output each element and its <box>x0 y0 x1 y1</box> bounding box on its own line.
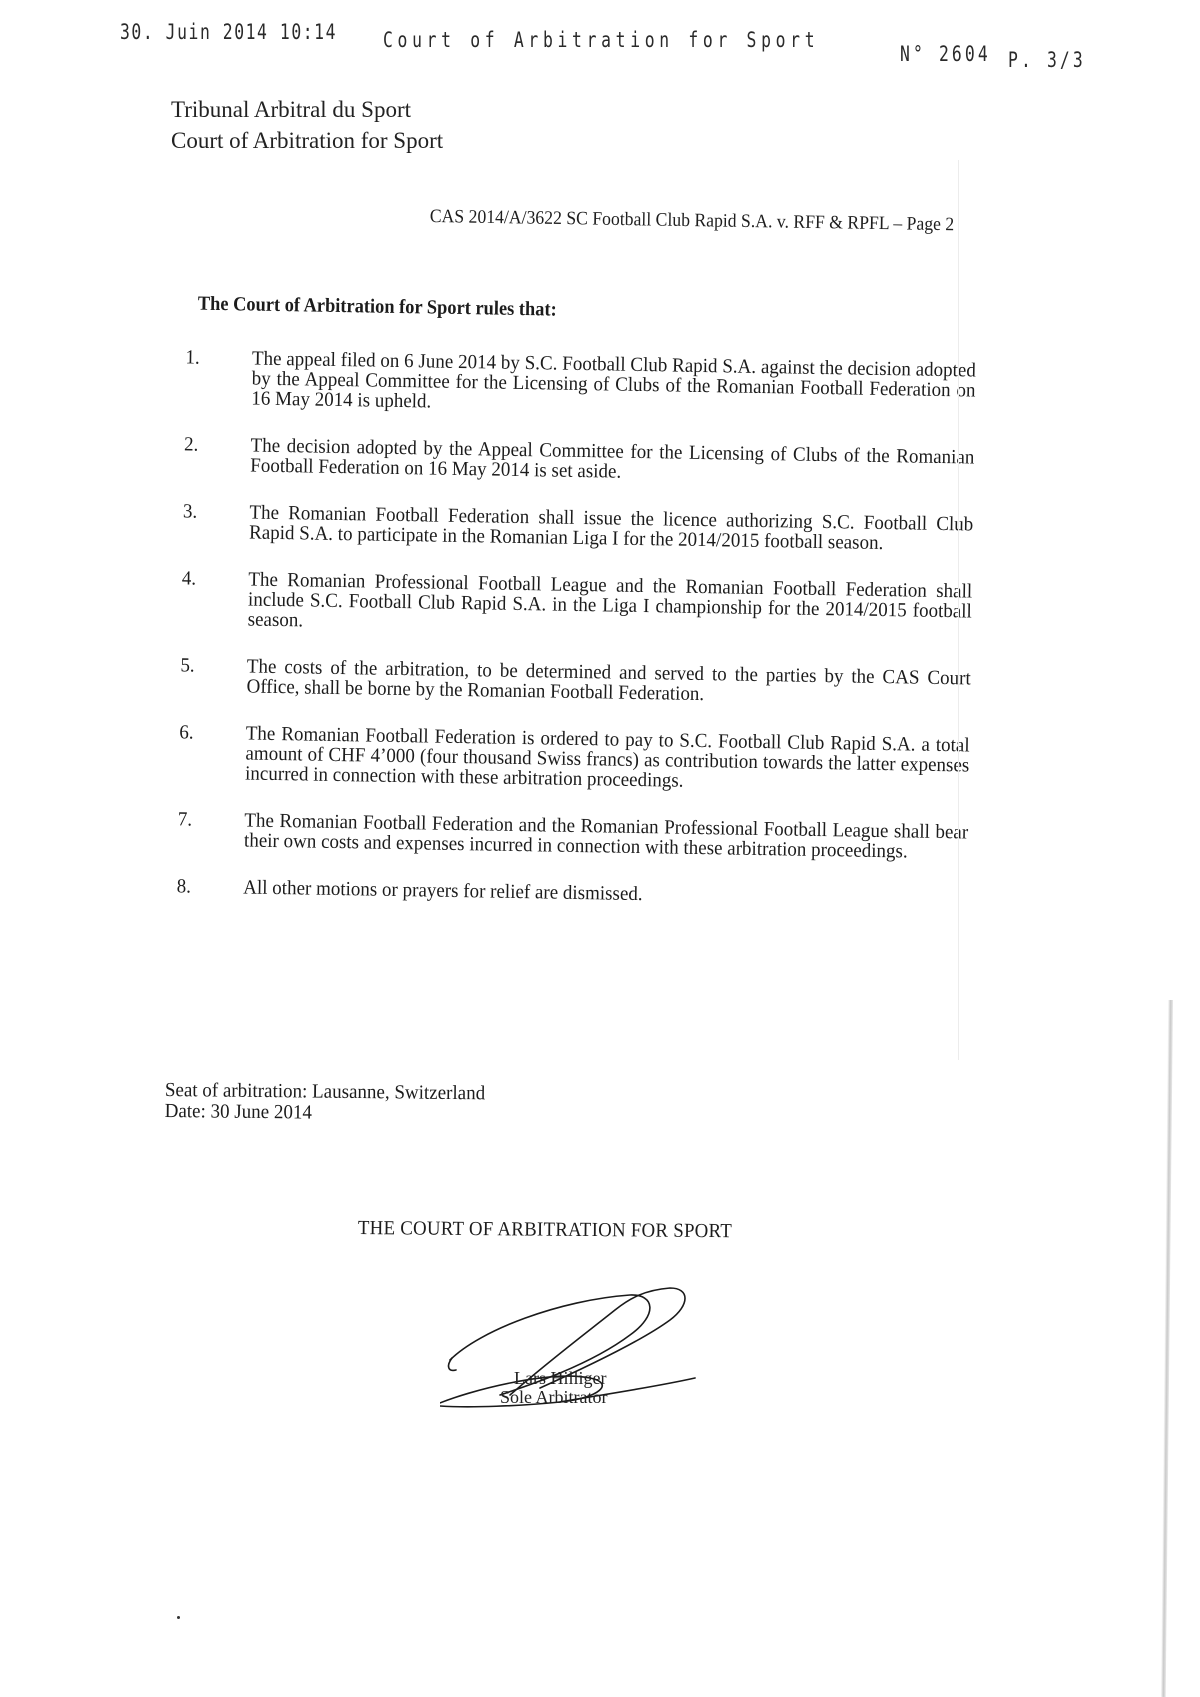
ruling-item: 3. The Romanian Football Federation shal… <box>156 501 974 555</box>
decision-date: Date: 30 June 2014 <box>165 1101 485 1125</box>
fax-sender: Court of Arbitration for Sport <box>383 28 819 52</box>
ruling-item: 4. The Romanian Professional Football Le… <box>154 568 972 642</box>
ruling-item: 1. The appeal filed on 6 June 2014 by S.… <box>158 347 976 421</box>
rules-heading: The Court of Arbitration for Sport rules… <box>198 293 955 329</box>
case-reference: CAS 2014/A/3622 SC Football Club Rapid S… <box>430 206 955 236</box>
ruling-number: 8. <box>150 876 243 898</box>
ruling-number: 2. <box>157 434 251 476</box>
ruling-item: 2. The decision adopted by the Appeal Co… <box>157 434 975 488</box>
letterhead-english: Court of Arbitration for Sport <box>171 125 443 156</box>
fax-date-time: 30. Juin 2014 10:14 <box>120 20 337 44</box>
scan-fold-line <box>958 160 959 1060</box>
court-signature-heading: THE COURT OF ARBITRATION FOR SPORT <box>358 1217 732 1243</box>
ruling-number: 1. <box>158 347 252 409</box>
ruling-number: 3. <box>156 501 250 543</box>
ruling-number: 7. <box>151 809 245 851</box>
fax-page-count: P. 3/3 <box>1008 48 1086 72</box>
ruling-number: 6. <box>152 722 246 784</box>
ruling-text: The decision adopted by the Appeal Commi… <box>250 436 974 488</box>
ruling-text: The Romanian Professional Football Leagu… <box>248 570 973 642</box>
ruling-item: 7. The Romanian Football Federation and … <box>151 809 969 863</box>
letterhead-french: Tribunal Arbitral du Sport <box>171 94 443 125</box>
ruling-number: 5. <box>153 655 247 697</box>
ruling-text: The Romanian Football Federation shall i… <box>249 503 973 555</box>
signer-name: Lars Hilliger <box>514 1369 607 1388</box>
scan-page-edge <box>1161 1000 1173 1697</box>
ruling-item: 5. The costs of the arbitration, to be d… <box>153 655 971 709</box>
scan-speck <box>177 1616 180 1619</box>
ruling-number: 4. <box>154 568 248 630</box>
ruling-item: 6. The Romanian Football Federation is o… <box>152 722 970 796</box>
ruling-text: The costs of the arbitration, to be dete… <box>246 656 970 708</box>
operative-part: The Court of Arbitration for Sport rules… <box>150 292 1020 937</box>
signer-role: Sole Arbitrator <box>500 1388 607 1407</box>
ruling-text: All other motions or prayers for relief … <box>243 877 967 909</box>
letterhead: Tribunal Arbitral du Sport Court of Arbi… <box>171 94 443 156</box>
ruling-item: 8. All other motions or prayers for reli… <box>150 876 967 910</box>
fax-number: N° 2604 <box>900 42 991 66</box>
ruling-text: The Romanian Football Federation is orde… <box>245 723 970 795</box>
ruling-text: The appeal filed on 6 June 2014 by S.C. … <box>251 349 976 421</box>
scanned-document-page: 30. Juin 2014 10:14 Court of Arbitration… <box>0 0 1200 1697</box>
ruling-text: The Romanian Football Federation and the… <box>244 810 968 862</box>
signer-block: Lars Hilliger Sole Arbitrator <box>500 1369 607 1407</box>
closing-block: Seat of arbitration: Lausanne, Switzerla… <box>165 1080 486 1125</box>
